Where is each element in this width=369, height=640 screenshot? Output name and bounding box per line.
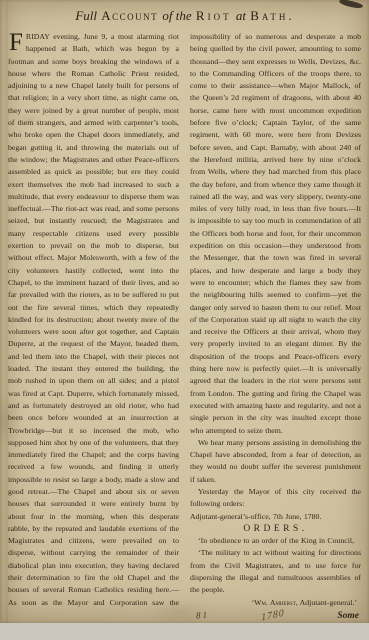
- article-paragraph-absconded: We hear many persons assisting in demoli…: [190, 437, 361, 486]
- orders-item-1: ‘In obedience to an order of the King in…: [190, 535, 361, 547]
- signature-role: Adjutant-general.’: [298, 598, 357, 607]
- orders-item-2: ‘The military to act without waiting for…: [190, 547, 361, 596]
- article-paragraph-orders-intro: Yesterday the Mayor of this city receive…: [190, 486, 361, 511]
- handwritten-number: 81: [196, 610, 210, 621]
- orders-signature: ‘Wm. Amherst, Adjutant-general.’: [190, 597, 361, 609]
- title-word-full: Full: [75, 8, 97, 23]
- orders-dateline: Adjutant-general’s-office, 7th June, 178…: [190, 511, 361, 523]
- scanned-newspaper-page: Full Account of the Riot at Bath. FRIDAY…: [0, 0, 369, 623]
- orders-heading: ORDERS.: [190, 523, 361, 535]
- catchword: Some: [337, 611, 359, 621]
- title-word-at: at: [236, 8, 246, 23]
- title-word-account: Account: [101, 8, 158, 23]
- handwritten-year: 1780: [261, 607, 285, 623]
- title-word-riot: Riot: [196, 8, 232, 23]
- signature-name: ‘Wm. Amherst,: [252, 598, 298, 607]
- drop-cap: F: [8, 31, 26, 54]
- page-title: Full Account of the Riot at Bath.: [0, 0, 369, 24]
- title-word-of-the: of the: [162, 8, 191, 23]
- article-columns: FRIDAY evening, June 9, a most alarming …: [8, 31, 361, 615]
- title-word-bath: Bath.: [250, 8, 294, 23]
- handwritten-annotations: 81 1780 Some: [196, 610, 359, 621]
